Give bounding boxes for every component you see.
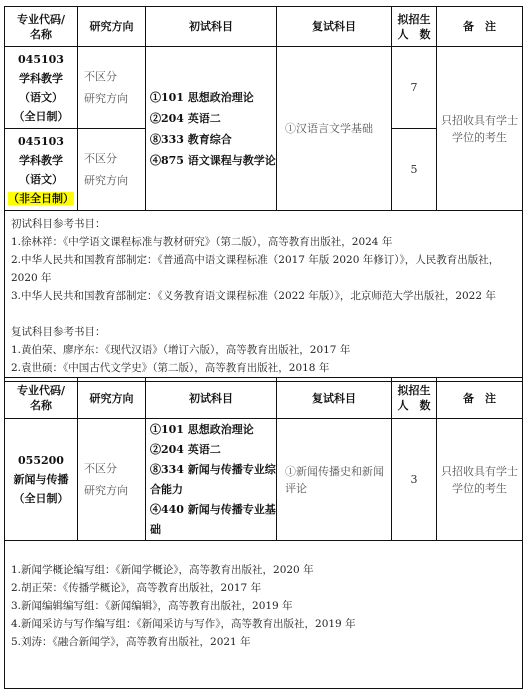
admissions-table-055200: 专业代码/名称 研究方向 初试科目 复试科目 拟招生人 数 备 注 055200… <box>4 377 523 689</box>
research-direction: 不区分 研究方向 <box>78 419 146 541</box>
remark: 只招收具有学士学位的考生 <box>437 47 523 211</box>
research-direction: 不区分 研究方向 <box>78 129 146 211</box>
program-code-name: 055200 新闻与传播 （全日制） <box>5 419 78 541</box>
header-remark: 备 注 <box>437 378 523 419</box>
reference-books: 1.新闻学概论编写组：《新闻学概论》，高等教育出版社，2020 年 2.胡正荣：… <box>5 541 523 689</box>
header-direction: 研究方向 <box>78 7 146 47</box>
header-initial-subjects: 初试科目 <box>146 378 277 419</box>
header-retest-subjects: 复试科目 <box>277 7 392 47</box>
header-retest-subjects: 复试科目 <box>277 378 392 419</box>
header-quota: 拟招生人 数 <box>392 7 437 47</box>
table-row: 045103 学科教学 （语文） （全日制） 不区分 研究方向 ①101 思想政… <box>5 47 523 129</box>
initial-subjects: ①101 思想政治理论 ②204 英语二 ⑧334 新闻与传播专业综合能力 ④4… <box>146 419 277 541</box>
initial-subjects: ①101 思想政治理论 ②204 英语二 ⑧333 教育综合 ④875 语文课程… <box>146 47 277 211</box>
reference-books: 初试科目参考书目： 1.徐林祥：《中学语文课程标准与教材研究》（第二版），高等教… <box>5 211 523 382</box>
header-remark: 备 注 <box>437 7 523 47</box>
header-row: 专业代码/名称 研究方向 初试科目 复试科目 拟招生人 数 备 注 <box>5 7 523 47</box>
header-quota: 拟招生人 数 <box>392 378 437 419</box>
admissions-table-045103: 专业代码/名称 研究方向 初试科目 复试科目 拟招生人 数 备 注 045103… <box>4 6 523 382</box>
quota: 3 <box>392 419 437 541</box>
research-direction: 不区分 研究方向 <box>78 47 146 129</box>
remark: 只招收具有学士学位的考生 <box>437 419 523 541</box>
quota: 5 <box>392 129 437 211</box>
header-code: 专业代码/名称 <box>5 378 78 419</box>
reference-books-row: 1.新闻学概论编写组：《新闻学概论》，高等教育出版社，2020 年 2.胡正荣：… <box>5 541 523 689</box>
header-direction: 研究方向 <box>78 378 146 419</box>
program-code-name: 045103 学科教学 （语文） （全日制） <box>5 47 78 129</box>
header-initial-subjects: 初试科目 <box>146 7 277 47</box>
retest-subjects: ①新闻传播史和新闻评论 <box>277 419 392 541</box>
quota: 7 <box>392 47 437 129</box>
table-row: 055200 新闻与传播 （全日制） 不区分 研究方向 ①101 思想政治理论 … <box>5 419 523 541</box>
header-row: 专业代码/名称 研究方向 初试科目 复试科目 拟招生人 数 备 注 <box>5 378 523 419</box>
header-code: 专业代码/名称 <box>5 7 78 47</box>
reference-books-row: 初试科目参考书目： 1.徐林祥：《中学语文课程标准与教材研究》（第二版），高等教… <box>5 211 523 382</box>
program-code-name: 045103 学科教学 （语文） （非全日制） <box>5 129 78 211</box>
highlighted-mode: （非全日制） <box>8 192 74 205</box>
retest-subjects: ①汉语言文学基础 <box>277 47 392 211</box>
